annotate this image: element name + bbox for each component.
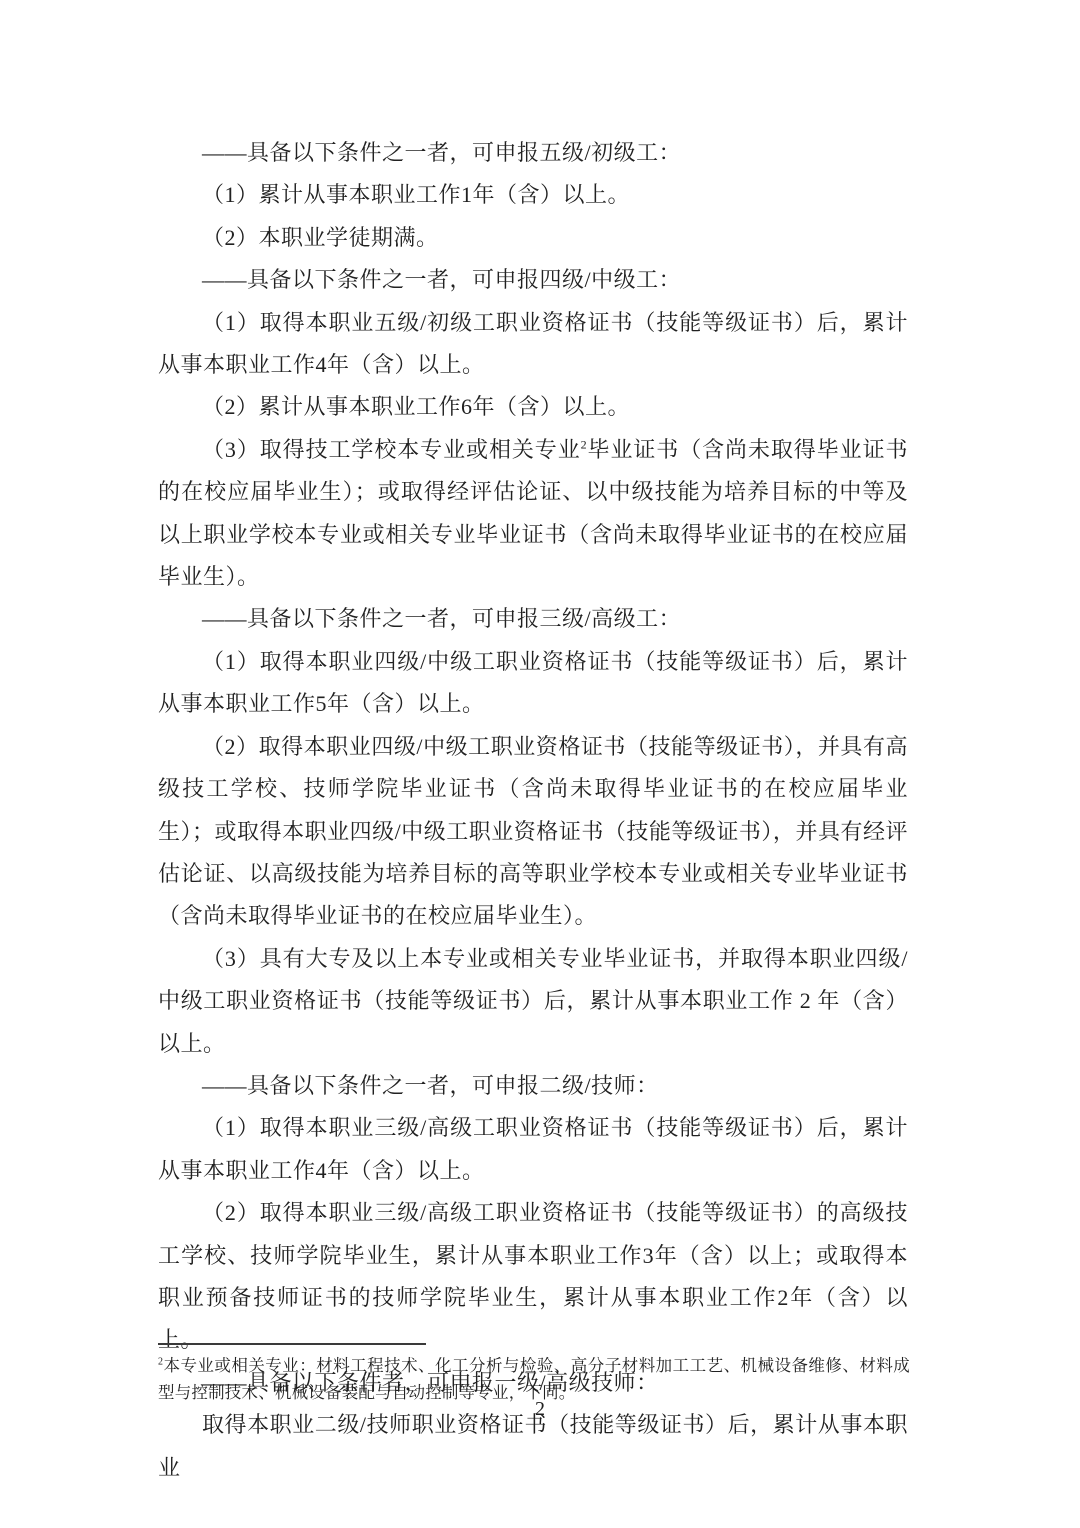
body-paragraph: （2）本职业学徒期满。 <box>158 217 908 259</box>
body-paragraph: （2）取得本职业三级/高级工职业资格证书（技能等级证书）的高级技工学校、技师学院… <box>158 1192 908 1362</box>
body-paragraph: （3）取得技工学校本专业或相关专业2毕业证书（含尚未取得毕业证书的在校应届毕业生… <box>158 429 908 599</box>
page-number: 2 <box>0 1396 1080 1422</box>
body-paragraph: ——具备以下条件之一者，可申报四级/中级工： <box>158 259 908 301</box>
body-paragraph: （1）取得本职业三级/高级工职业资格证书（技能等级证书）后，累计从事本职业工作4… <box>158 1107 908 1192</box>
body-paragraph: （2）累计从事本职业工作6年（含）以上。 <box>158 386 908 428</box>
body-paragraph: ——具备以下条件之一者，可申报二级/技师： <box>158 1065 908 1107</box>
body-paragraph: （2）取得本职业四级/中级工职业资格证书（技能等级证书），并具有高级技工学校、技… <box>158 726 908 938</box>
footnote-separator <box>158 1343 426 1345</box>
body-paragraph: （1）取得本职业四级/中级工职业资格证书（技能等级证书）后，累计从事本职业工作5… <box>158 641 908 726</box>
body-paragraph: （1）累计从事本职业工作1年（含）以上。 <box>158 174 908 216</box>
body-paragraph: （3）具有大专及以上本专业或相关专业毕业证书，并取得本职业四级/中级工职业资格证… <box>158 938 908 1065</box>
body-paragraph: ——具备以下条件之一者，可申报五级/初级工： <box>158 132 908 174</box>
document-body: ——具备以下条件之一者，可申报五级/初级工： （1）累计从事本职业工作1年（含）… <box>158 132 908 1489</box>
document-page: ——具备以下条件之一者，可申报五级/初级工： （1）累计从事本职业工作1年（含）… <box>0 0 1080 1528</box>
body-paragraph: （1）取得本职业五级/初级工职业资格证书（技能等级证书）后，累计从事本职业工作4… <box>158 302 908 387</box>
paragraph-text: （3）取得技工学校本专业或相关专业 <box>202 437 581 462</box>
body-paragraph: ——具备以下条件之一者，可申报三级/高级工： <box>158 598 908 640</box>
